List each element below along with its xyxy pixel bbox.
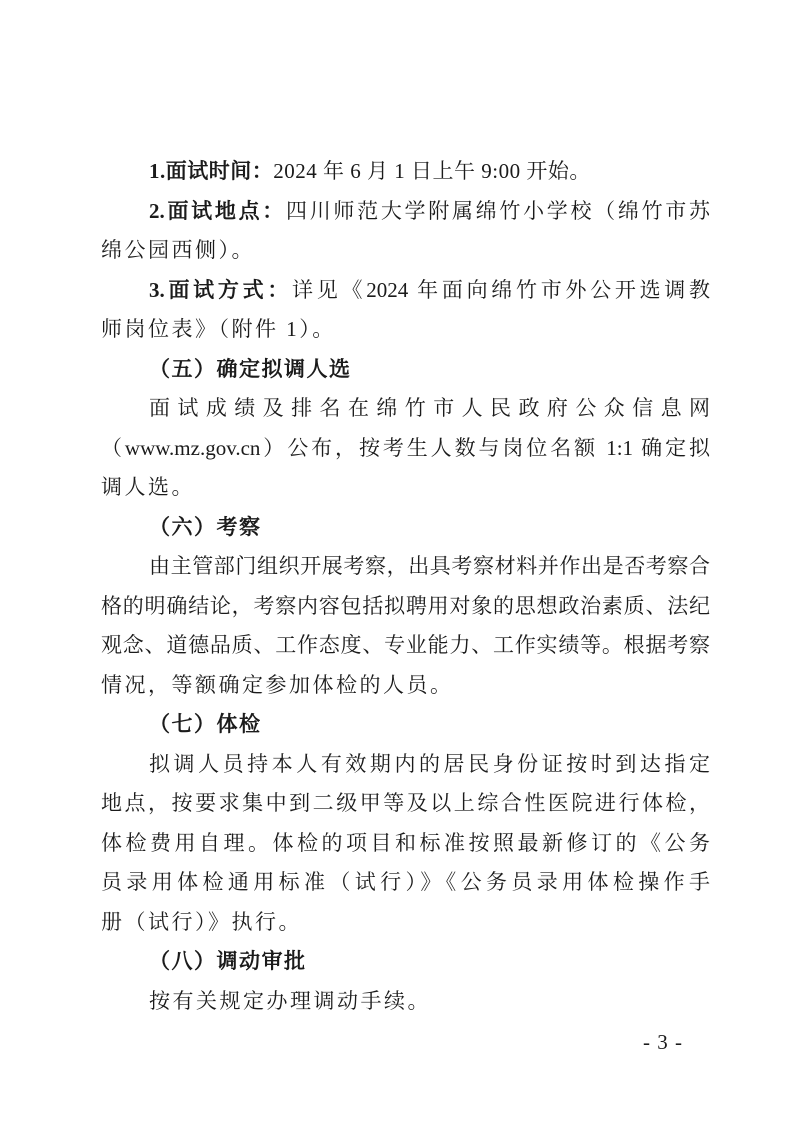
document-body: 1.面试时间：2024 年 6 月 1 日上午 9:00 开始。2.面试地点：四… [101, 152, 710, 1021]
section-6-line-4: 情况，等额确定参加体检的人员。 [101, 666, 710, 706]
text-segment: 绵公园西侧）。 [101, 238, 255, 262]
section-8-heading: （八）调动审批 [101, 942, 710, 982]
text-segment: （六）考察 [149, 515, 262, 539]
text-segment: 按有关规定办理调动手续。 [149, 989, 431, 1013]
section-6-line-3: 观念、道德品质、工作态度、专业能力、工作实绩等。根据考察 [101, 626, 710, 666]
text-segment: 地点，按要求集中到二级甲等及以上综合性医院进行体检， [101, 791, 710, 815]
section-7-heading: （七）体检 [101, 705, 710, 745]
text-segment: 详见《2024 年面向绵竹市外公开选调教 [292, 278, 710, 302]
section-7-line-4: 员录用体检通用标准（试行）》《公务员录用体检操作手 [101, 863, 710, 903]
text-segment: 3.面试方式： [149, 278, 292, 302]
section-5-line-2: （www.mz.gov.cn）公布，按考生人数与岗位名额 1:1 确定拟 [101, 429, 710, 469]
text-segment: 格的明确结论，考察内容包括拟聘用对象的思想政治素质、法纪 [101, 594, 710, 618]
interview-place-line-1: 2.面试地点：四川师范大学附属绵竹小学校（绵竹市苏 [101, 192, 710, 232]
text-segment: 调人选。 [101, 475, 195, 499]
text-segment: 1.面试时间： [149, 159, 273, 183]
text-segment: 员录用体检通用标准（试行）》《公务员录用体检操作手 [101, 870, 710, 894]
section-6-line-2: 格的明确结论，考察内容包括拟聘用对象的思想政治素质、法纪 [101, 587, 710, 627]
section-5-line-3: 调人选。 [101, 468, 710, 508]
interview-method-line-2: 师岗位表》（附件 1）。 [101, 310, 710, 350]
document-page: 1.面试时间：2024 年 6 月 1 日上午 9:00 开始。2.面试地点：四… [0, 0, 793, 1122]
text-segment: 册（试行）》执行。 [101, 910, 302, 934]
section-6-line-1: 由主管部门组织开展考察，出具考察材料并作出是否考察合 [101, 547, 710, 587]
text-segment: 拟调人员持本人有效期内的居民身份证按时到达指定 [149, 752, 710, 776]
section-7-line-3: 体检费用自理。体检的项目和标准按照最新修订的《公务 [101, 824, 710, 864]
section-7-line-1: 拟调人员持本人有效期内的居民身份证按时到达指定 [101, 745, 710, 785]
text-segment: 2.面试地点： [149, 199, 286, 223]
text-segment: 面试成绩及排名在绵竹市人民政府公众信息网 [149, 396, 710, 420]
text-segment: （八）调动审批 [149, 949, 307, 973]
text-segment: 由主管部门组织开展考察，出具考察材料并作出是否考察合 [149, 554, 710, 578]
section-5-line-1: 面试成绩及排名在绵竹市人民政府公众信息网 [101, 389, 710, 429]
text-segment: （www.mz.gov.cn）公布，按考生人数与岗位名额 1:1 确定拟 [101, 436, 710, 460]
text-segment: 情况，等额确定参加体检的人员。 [101, 673, 454, 697]
text-segment: 观念、道德品质、工作态度、专业能力、工作实绩等。根据考察 [101, 633, 710, 657]
section-7-line-5: 册（试行）》执行。 [101, 903, 710, 943]
page-number: - 3 - [628, 1026, 698, 1058]
text-segment: 体检费用自理。体检的项目和标准按照最新修订的《公务 [101, 831, 710, 855]
text-segment: 四川师范大学附属绵竹小学校（绵竹市苏 [286, 199, 710, 223]
section-5-heading: （五）确定拟调人选 [101, 350, 710, 390]
text-segment: （五）确定拟调人选 [149, 357, 352, 381]
interview-time-line: 1.面试时间：2024 年 6 月 1 日上午 9:00 开始。 [101, 152, 710, 192]
section-8-line-1: 按有关规定办理调动手续。 [101, 982, 710, 1022]
interview-place-line-2: 绵公园西侧）。 [101, 231, 710, 271]
section-7-line-2: 地点，按要求集中到二级甲等及以上综合性医院进行体检， [101, 784, 710, 824]
text-segment: （七）体检 [149, 712, 262, 736]
section-6-heading: （六）考察 [101, 508, 710, 548]
interview-method-line-1: 3.面试方式：详见《2024 年面向绵竹市外公开选调教 [101, 271, 710, 311]
text-segment: 师岗位表》（附件 1）。 [101, 317, 336, 341]
text-segment: 2024 年 6 月 1 日上午 9:00 开始。 [273, 159, 591, 183]
